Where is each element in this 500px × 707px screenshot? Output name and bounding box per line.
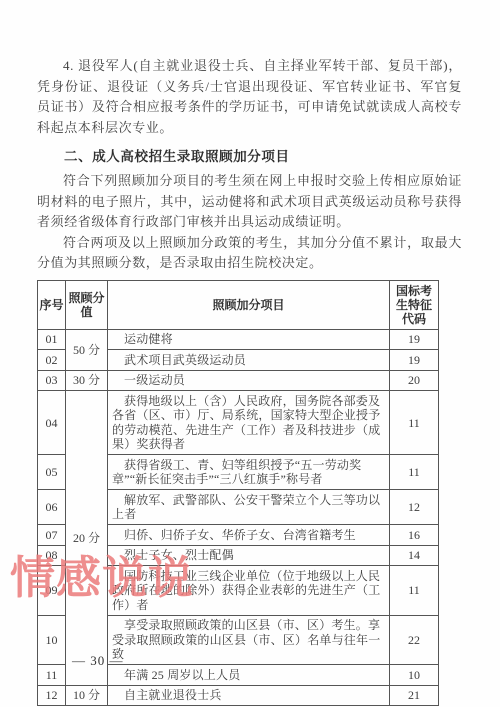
code-cell: 19	[390, 329, 439, 350]
table-row: 0420 分获得地级以上（含）人民政府，国务院各部委及各省（区、市）厅、局系统，…	[38, 391, 439, 455]
table-row: 0330 分一级运动员20	[38, 370, 439, 391]
code-cell: 12	[390, 490, 439, 525]
code-cell: 11	[390, 566, 439, 616]
item-cell: 获得地级以上（含）人民政府，国务院各部委及各省（区、市）厅、局系统，国家特大型企…	[108, 391, 390, 455]
score-cell: 20 分	[66, 391, 108, 686]
code-cell: 19	[390, 350, 439, 371]
item-cell: 运动健将	[108, 329, 390, 350]
paragraph-no-accumulation: 符合两项及以上照顾加分政策的考生，其加分分值不累计，取最大分值为其照顾分数，是否…	[37, 233, 462, 274]
score-cell: 50 分	[66, 329, 108, 370]
seq-cell: 04	[38, 391, 66, 455]
bonus-points-table: 序号 照顾分值 照顾加分项目 国标考生特征代码 0150 分运动健将1902武术…	[37, 280, 439, 707]
item-cell: 年满 25 周岁以上人员	[108, 665, 390, 686]
section-heading: 二、成人高校招生录取照顾加分项目	[37, 145, 462, 165]
col-header-item: 照顾加分项目	[108, 280, 390, 329]
col-header-score: 照顾分值	[66, 280, 108, 329]
score-cell: 10 分	[66, 685, 108, 706]
seq-cell: 02	[38, 350, 66, 371]
seq-cell: 07	[38, 525, 66, 546]
seq-cell: 01	[38, 329, 66, 350]
seq-cell: 03	[38, 370, 66, 391]
code-cell: 14	[390, 545, 439, 566]
item-cell: 享受录取照顾政策的山区县（市、区）考生。享受录取照顾政策的山区县（市、区）名单与…	[108, 615, 390, 665]
page-number: — 30 —	[72, 653, 124, 669]
code-cell: 11	[390, 455, 439, 490]
document-page: 4. 退役军人(自主就业退役士兵、自主择业军转干部、复员干部)，凭身份证、退役证…	[0, 0, 500, 707]
seq-cell: 08	[38, 545, 66, 566]
code-cell: 16	[390, 525, 439, 546]
seq-cell: 12	[38, 685, 66, 706]
code-cell: 22	[390, 615, 439, 665]
seq-cell: 09	[38, 566, 66, 616]
item-cell: 烈士子女、烈士配偶	[108, 545, 390, 566]
item-cell: 武术项目武英级运动员	[108, 350, 390, 371]
seq-cell: 06	[38, 490, 66, 525]
item-cell: 归侨、归侨子女、华侨子女、台湾省籍考生	[108, 525, 390, 546]
table-row: 1210 分自主就业退役士兵21	[38, 685, 439, 706]
seq-cell: 11	[38, 665, 66, 686]
paragraph-veteran-exemption: 4. 退役军人(自主就业退役士兵、自主择业军转干部、复员干部)，凭身份证、退役证…	[37, 56, 462, 138]
seq-cell: 10	[38, 615, 66, 665]
item-cell: 自主就业退役士兵	[108, 685, 390, 706]
table-header-row: 序号 照顾分值 照顾加分项目 国标考生特征代码	[38, 280, 439, 329]
code-cell: 20	[390, 370, 439, 391]
item-cell: 国防科技工业三线企业单位（位于地级以上人民政府所在地的除外）获得企业表彰的先进生…	[108, 566, 390, 616]
bonus-points-table-body: 0150 分运动健将1902武术项目武英级运动员190330 分一级运动员200…	[38, 329, 439, 706]
table-row: 0150 分运动健将19	[38, 329, 439, 350]
col-header-seq: 序号	[38, 280, 66, 329]
item-cell: 解放军、武警部队、公安干警荣立个人三等功以上者	[108, 490, 390, 525]
item-cell: 一级运动员	[108, 370, 390, 391]
col-header-code: 国标考生特征代码	[390, 280, 439, 329]
code-cell: 10	[390, 665, 439, 686]
score-cell: 30 分	[66, 370, 108, 391]
code-cell: 11	[390, 391, 439, 455]
seq-cell: 05	[38, 455, 66, 490]
paragraph-upload-requirement: 符合下列照顾加分项目的考生须在网上申报时交验上传相应原始证明材料的电子照片，其中…	[37, 171, 462, 233]
item-cell: 获得省级工、青、妇等组织授予“五一劳动奖章”“新长征突击手”“三八红旗手”称号者	[108, 455, 390, 490]
code-cell: 21	[390, 685, 439, 706]
